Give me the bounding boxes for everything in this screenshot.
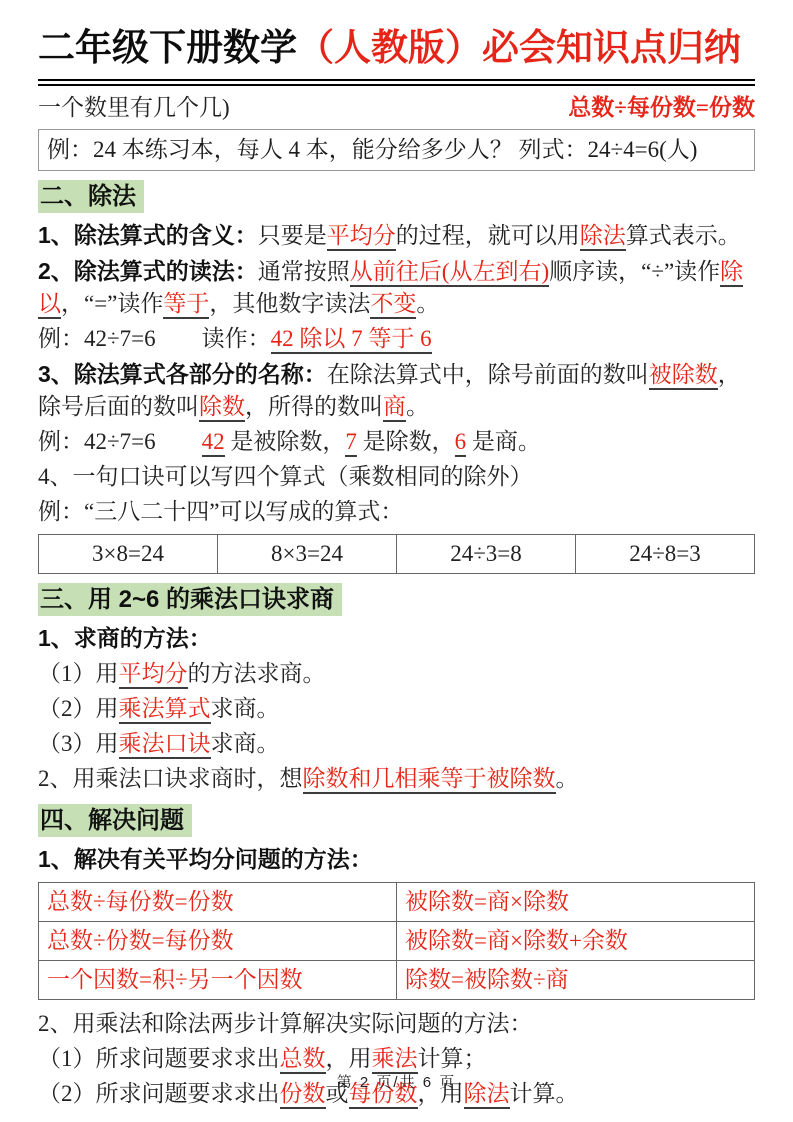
text-segment: 除法	[580, 223, 626, 251]
page-footer: 第 2 页/共 6 页	[0, 1071, 793, 1092]
para-four-equations-example: 例：“三八二十四”可以写成的算式：	[38, 496, 755, 528]
para-quotient-thinking: 2、用乘法口诀求商时，想除数和几相乘等于被除数。	[38, 763, 755, 795]
text-segment: 在除法算式中，除号前面的数叫	[327, 362, 649, 387]
title-part-red: （人教版）必会知识点归纳	[297, 27, 741, 68]
text-segment: 通常按照	[258, 259, 350, 284]
document-title: 二年级下册数学（人教版）必会知识点归纳	[38, 26, 755, 86]
table-cell: 24÷8=3	[576, 535, 755, 574]
text-segment: 顺序读，“÷”读作	[549, 259, 720, 284]
text-segment: 3、除法算式各部分的名称：	[38, 361, 327, 387]
text-segment: （2）用	[38, 696, 119, 721]
table-row: 一个因数=积÷另一个因数除数=被除数÷商	[39, 961, 755, 1000]
table-row: 总数÷份数=每份数被除数=商×除数+余数	[39, 922, 755, 961]
text-segment: 平均分	[119, 661, 188, 689]
para-method-3: （3）用乘法口诀求商。	[38, 728, 755, 760]
table-row: 总数÷每份数=份数被除数=商×除数	[39, 883, 755, 922]
text-segment: 1、除法算式的含义：	[38, 222, 258, 248]
text-segment: 乘法口诀	[119, 731, 211, 759]
text-segment: （1）所求问题要求求出	[38, 1046, 280, 1071]
equations-table: 3×8=248×3=2424÷3=824÷8=3	[38, 534, 755, 574]
formulas-table: 总数÷每份数=份数被除数=商×除数总数÷份数=每份数被除数=商×除数+余数一个因…	[38, 882, 755, 1000]
section-heading-quotient: 三、用 2~6 的乘法口诀求商	[38, 583, 342, 616]
document-page: 二年级下册数学（人教版）必会知识点归纳 一个数里有几个几) 总数÷每份数=份数 …	[0, 0, 793, 1122]
text-segment: 。	[556, 766, 579, 791]
text-segment: 的方法求商。	[188, 661, 326, 686]
table-cell: 24÷3=8	[397, 535, 576, 574]
table-cell: 被除数=商×除数	[397, 883, 755, 922]
para-method-1: （1）用平均分的方法求商。	[38, 658, 755, 690]
para-division-parts: 3、除法算式各部分的名称：在除法算式中，除号前面的数叫被除数，除号后面的数叫除数…	[38, 358, 755, 423]
section-heading-division: 二、除法	[38, 180, 144, 213]
para-four-equations: 4、一句口诀可以写四个算式（乘数相同的除外）	[38, 461, 755, 493]
text-segment: 1、解决有关平均分问题的方法：	[38, 846, 373, 872]
text-segment: 2、用乘法和除法两步计算解决实际问题的方法：	[38, 1011, 533, 1036]
text-segment: 求商。	[211, 696, 280, 721]
text-segment: 计算；	[418, 1046, 487, 1071]
para-method-2: （2）用乘法算式求商。	[38, 693, 755, 725]
intro-left-text: 一个数里有几个几)	[38, 93, 230, 123]
text-segment: 只要是	[258, 223, 327, 248]
text-segment: 总数	[280, 1046, 326, 1074]
section-heading-problem-solving: 四、解决问题	[38, 804, 192, 837]
table-cell: 一个因数=积÷另一个因数	[39, 961, 397, 1000]
text-segment: 乘法	[372, 1046, 418, 1074]
text-segment: 求商。	[211, 731, 280, 756]
text-segment: ，用	[326, 1046, 372, 1071]
text-segment: ，所得的数叫	[245, 394, 383, 419]
text-segment: 算式表示。	[626, 223, 741, 248]
para-averaging-methods-title: 1、解决有关平均分问题的方法：	[38, 843, 755, 876]
text-segment: 除数	[199, 394, 245, 422]
text-segment: ，“=”读作	[61, 291, 163, 316]
para-quotient-methods-title: 1、求商的方法：	[38, 622, 755, 655]
text-segment: 是除数，	[357, 429, 455, 454]
text-segment: 2、用乘法口诀求商时，想	[38, 766, 303, 791]
table-cell: 3×8=24	[39, 535, 218, 574]
intro-right-formula: 总数÷每份数=份数	[568, 93, 755, 123]
table-row: 3×8=248×3=2424÷3=824÷8=3	[39, 535, 755, 574]
para-division-meaning: 1、除法算式的含义：只要是平均分的过程，就可以用除法算式表示。	[38, 219, 755, 252]
text-segment: 2、除法算式的读法：	[38, 258, 258, 284]
para-two-step-title: 2、用乘法和除法两步计算解决实际问题的方法：	[38, 1008, 755, 1040]
text-segment: 42 除以 7 等于 6	[271, 326, 432, 354]
text-segment: 6	[455, 429, 467, 457]
intro-row: 一个数里有几个几) 总数÷每份数=份数	[38, 93, 755, 123]
text-segment: 平均分	[327, 223, 396, 251]
text-segment: 42	[202, 429, 225, 457]
text-segment: 除数和几相乘等于被除数	[303, 766, 556, 794]
text-segment: 等于	[163, 291, 209, 319]
text-segment: （3）用	[38, 731, 119, 756]
para-parts-example: 例：42÷7=6 42 是被除数，7 是除数，6 是商。	[38, 426, 755, 458]
table-cell: 被除数=商×除数+余数	[397, 922, 755, 961]
text-segment: 乘法算式	[119, 696, 211, 724]
text-segment: 例：“三八二十四”可以写成的算式：	[38, 499, 403, 524]
text-segment: 。	[406, 394, 429, 419]
text-segment: 不变	[370, 291, 416, 319]
text-segment: 的过程，就可以用	[396, 223, 580, 248]
text-segment: 例：42÷7=6 读作：	[38, 326, 271, 351]
text-segment: 被除数	[649, 362, 718, 390]
table-cell: 除数=被除数÷商	[397, 961, 755, 1000]
para-division-reading: 2、除法算式的读法：通常按照从前往后(从左到右)顺序读，“÷”读作除以，“=”读…	[38, 255, 755, 320]
para-reading-example: 例：42÷7=6 读作：42 除以 7 等于 6	[38, 323, 755, 355]
text-segment: 。	[416, 291, 439, 316]
text-segment: 1、求商的方法：	[38, 625, 212, 651]
text-segment: 商	[383, 394, 406, 422]
text-segment: 7	[345, 429, 357, 457]
document-content: 二、除法1、除法算式的含义：只要是平均分的过程，就可以用除法算式表示。2、除法算…	[38, 180, 755, 1110]
text-segment: 从前往后(从左到右)	[350, 259, 549, 287]
title-part-black: 二年级下册数学	[38, 27, 297, 68]
text-segment: 是商。	[466, 429, 541, 454]
table-cell: 总数÷份数=每份数	[39, 922, 397, 961]
text-segment: 例：42÷7=6	[38, 429, 202, 454]
text-segment: 4、一句口诀可以写四个算式（乘数相同的除外）	[38, 464, 533, 489]
table-cell: 8×3=24	[218, 535, 397, 574]
table-cell: 总数÷每份数=份数	[39, 883, 397, 922]
text-segment: ，其他数字读法	[209, 291, 370, 316]
text-segment: 是被除数，	[225, 429, 346, 454]
example-box: 例：24 本练习本，每人 4 本，能分给多少人？ 列式：24÷4=6(人)	[38, 129, 755, 171]
text-segment: （1）用	[38, 661, 119, 686]
